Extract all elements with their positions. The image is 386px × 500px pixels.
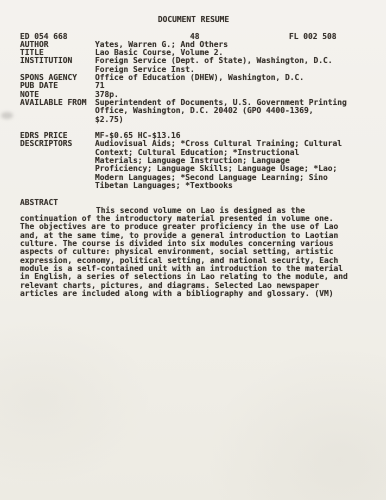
- field-row-descriptors: DESCRIPTORS Audiovisual Aids; *Cross Cul…: [20, 140, 367, 190]
- field-row-institution: INSTITUTION Foreign Service (Dept. of St…: [20, 57, 367, 74]
- field-row-pub-date: PUB DATE 71: [20, 82, 367, 90]
- scan-smudge-artifact: [1, 112, 13, 119]
- abstract-section: ABSTRACT This second volume on Lao is de…: [20, 199, 367, 299]
- field-value: Audiovisual Aids; *Cross Cultural Traini…: [95, 140, 367, 190]
- ed-number: ED 054 668: [20, 33, 68, 41]
- document-resume: DOCUMENT RESUME ED 054 668 48 FL 002 508…: [20, 16, 367, 298]
- abstract-text: This second volume on Lao is designed as…: [20, 207, 367, 298]
- fl-accession-number: FL 002 508: [289, 33, 337, 41]
- field-row-available-from: AVAILABLE FROM Superintendent of Documen…: [20, 99, 367, 124]
- field-value: Office of Education (DHEW), Washington, …: [95, 74, 367, 82]
- field-value: Superintendent of Documents, U.S. Govern…: [95, 99, 367, 124]
- clearinghouse-number: 48: [190, 33, 200, 41]
- field-value: Foreign Service (Dept. of State), Washin…: [95, 57, 367, 74]
- scanned-document-page: { "document": { "title": "DOCUMENT RESUM…: [0, 0, 386, 500]
- header-numbers-row: ED 054 668 48 FL 002 508: [20, 33, 367, 41]
- document-title: DOCUMENT RESUME: [20, 16, 367, 24]
- field-value: 71: [95, 82, 367, 90]
- field-label: INSTITUTION: [20, 57, 95, 65]
- field-label: DESCRIPTORS: [20, 140, 95, 148]
- field-row-spons-agency: SPONS AGENCY Office of Education (DHEW),…: [20, 74, 367, 82]
- field-label: AVAILABLE FROM: [20, 99, 95, 107]
